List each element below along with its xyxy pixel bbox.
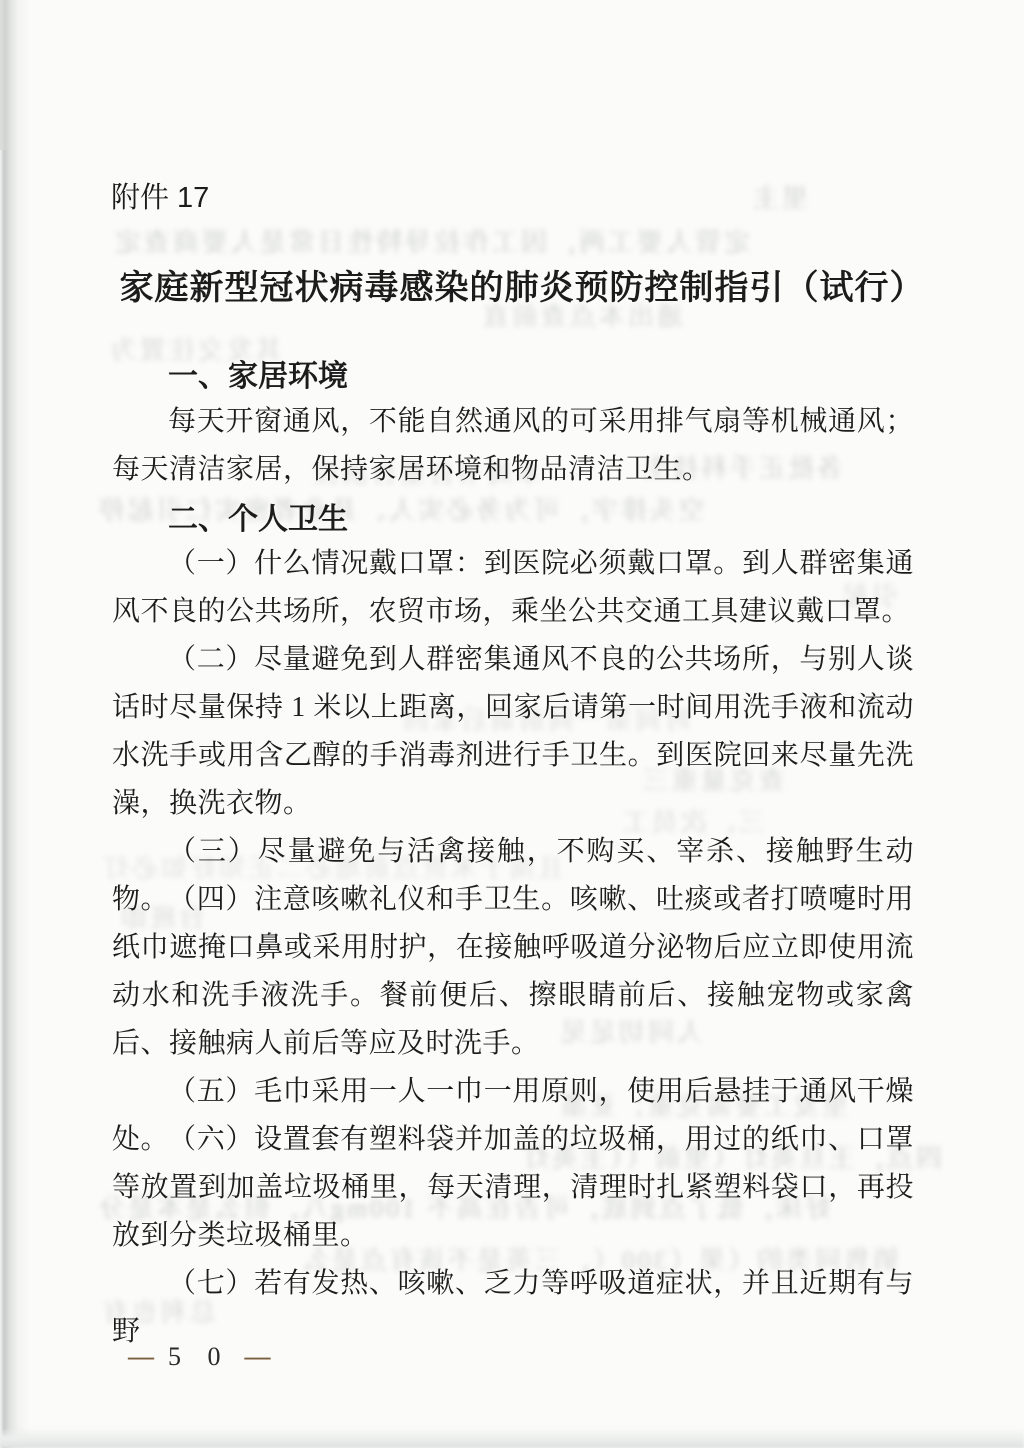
page-number-value: 5 0: [168, 1342, 231, 1372]
page-number-right-dash: —: [245, 1342, 271, 1372]
section-heading-home-environment: 一、家居环境: [168, 360, 348, 393]
document-title: 家庭新型冠状病毒感染的肺炎预防控制指引（试行）: [72, 260, 972, 309]
scan-left-edge-shadow: [0, 0, 30, 1448]
section-heading-personal-hygiene: 二、个人卫生: [168, 503, 348, 536]
paragraph-item-1-masks: （一）什么情况戴口罩：到医院必须戴口罩。到人群密集通风不良的公共场所，农贸市场，…: [112, 540, 914, 636]
page-number: — 5 0 —: [128, 1342, 271, 1372]
paragraph-item-6-trash: （六）设置套有塑料袋并加盖的垃圾桶，用过的纸巾、口罩等放置到加盖垃圾桶里，每天清…: [112, 1116, 914, 1260]
bleedthrough-text: 里主: [750, 178, 808, 215]
bleedthrough-text: 定管人要工两，因工作拉导特性日常是人要商查定: [112, 222, 750, 259]
page-number-left-dash: —: [128, 1342, 154, 1372]
paragraph-item-2-distance: （二）尽量避免到人群密集通风不良的公共场所，与别人谈话时尽量保持 1 米以上距离…: [112, 636, 914, 828]
attachment-label: 附件 17: [111, 181, 209, 216]
scanned-document-page: 里主 定管人要工两，因工作拉导特性日常是人要商查定 通出本点查前直 其发交往置为…: [0, 0, 1024, 1448]
scan-bottom-edge-shadow: [0, 1428, 1024, 1448]
scan-topleft-edge-shade: [0, 0, 10, 150]
paragraph-home-environment: 每天开窗通风，不能自然通风的可采用排气扇等机械通风；每天清洁家居，保持家居环境和…: [112, 398, 914, 494]
paragraph-item-4-cough: （四）注意咳嗽礼仪和手卫生。咳嗽、吐痰或者打喷嚏时用纸巾遮掩口鼻或采用肘护，在接…: [112, 876, 914, 1068]
